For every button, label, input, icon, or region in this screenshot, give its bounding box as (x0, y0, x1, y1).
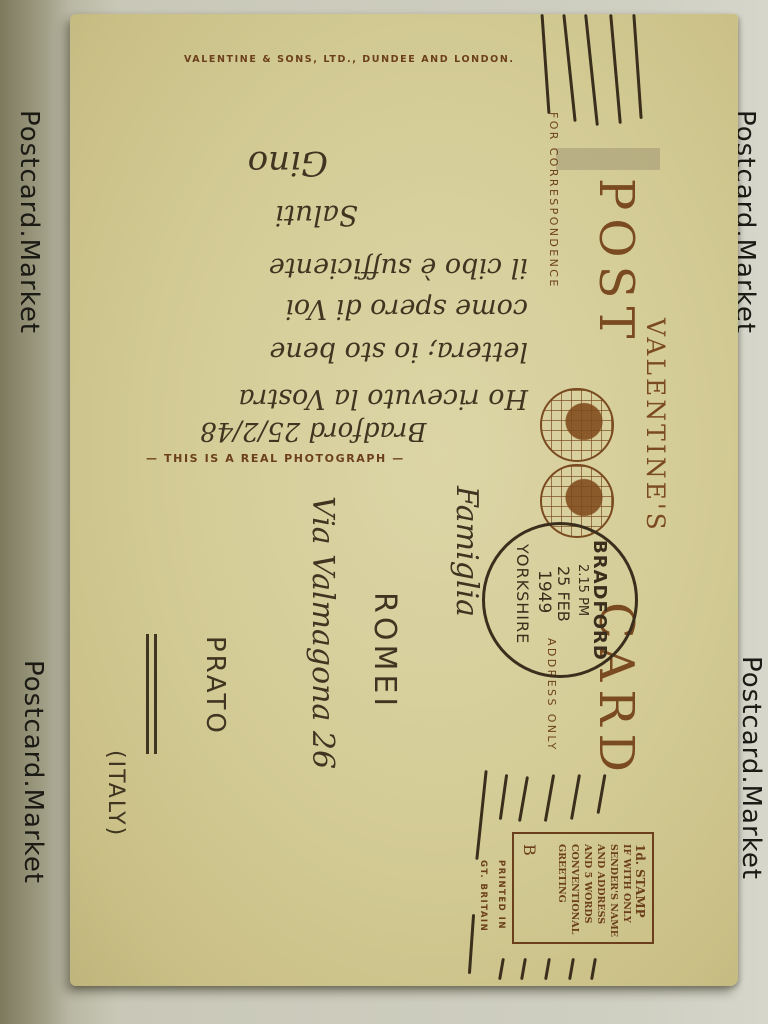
printed-in-line-2: GT. BRITAIN (474, 860, 492, 932)
stamp-letter: B (523, 844, 536, 856)
city-underline (146, 634, 149, 754)
address-line-3: Via Valmagona 26 (305, 496, 340, 769)
message-line: Ho ricevuto la Vostra (148, 383, 528, 414)
message-line: il cibo è sufficiente (148, 252, 528, 283)
stamp-line: 1d. STAMP (633, 844, 646, 937)
watermark-bottom-left: Postcard.Market (18, 660, 48, 884)
postmark-year: 1949 (534, 570, 554, 613)
postmark-time: 2.15 PM (575, 564, 590, 616)
printed-in-line-1: PRINTED IN (492, 860, 510, 932)
real-photograph-line: — THIS IS A REAL PHOTOGRAPH — (146, 452, 405, 465)
brand-valentines: VALENTINE'S (641, 318, 670, 533)
stamp-line: AND 5 WORDS (581, 844, 594, 937)
stamp-line: GREETING (555, 844, 568, 937)
divider-label-correspondence: FOR CORRESPONDENCE (547, 112, 560, 289)
stamp-line: SENDER'S NAME (607, 844, 620, 937)
address-line-2: ROMEI (367, 592, 402, 710)
postcard-back: VALENTINE & SONS, LTD., DUNDEE AND LONDO… (70, 14, 738, 986)
globe-logo-icon (540, 388, 614, 462)
city-underline (154, 634, 157, 754)
postmark-date: 25 FEB (554, 566, 573, 622)
watermark-bottom-right: Postcard.Market (736, 656, 766, 880)
address-city: PRATO (200, 636, 230, 736)
postmark-town: BRADFORD (589, 540, 610, 661)
handwritten-message: Ho ricevuto la Vostra lettera; io sto be… (148, 84, 528, 414)
message-line: come spero di Voi (148, 293, 528, 324)
stamp-line: AND ADDRESS (594, 844, 607, 937)
printed-in-gt-britain: PRINTED IN GT. BRITAIN (474, 860, 510, 932)
address-country: (ITALY) (103, 750, 128, 837)
post-card-word-post: POST (588, 178, 644, 347)
postmark-county: YORKSHIRE (513, 544, 532, 644)
message-line: lettera; io sto bene (148, 336, 528, 367)
message-line: Saluti (148, 199, 358, 232)
address-line-1: Famiglia (449, 486, 484, 617)
watermark-top-left: Postcard.Market (14, 110, 44, 334)
handwritten-date: Bradford 25/2/48 (200, 416, 427, 446)
stamp-instructions: 1d. STAMP IF WITH ONLY SENDER'S NAME AND… (555, 844, 646, 937)
stamp-line: CONVENTIONAL (568, 844, 581, 937)
smudge-mark (556, 148, 660, 170)
publisher-line: VALENTINE & SONS, LTD., DUNDEE AND LONDO… (184, 54, 515, 65)
message-line: Gino (148, 143, 328, 183)
stamp-line: IF WITH ONLY (620, 844, 633, 937)
